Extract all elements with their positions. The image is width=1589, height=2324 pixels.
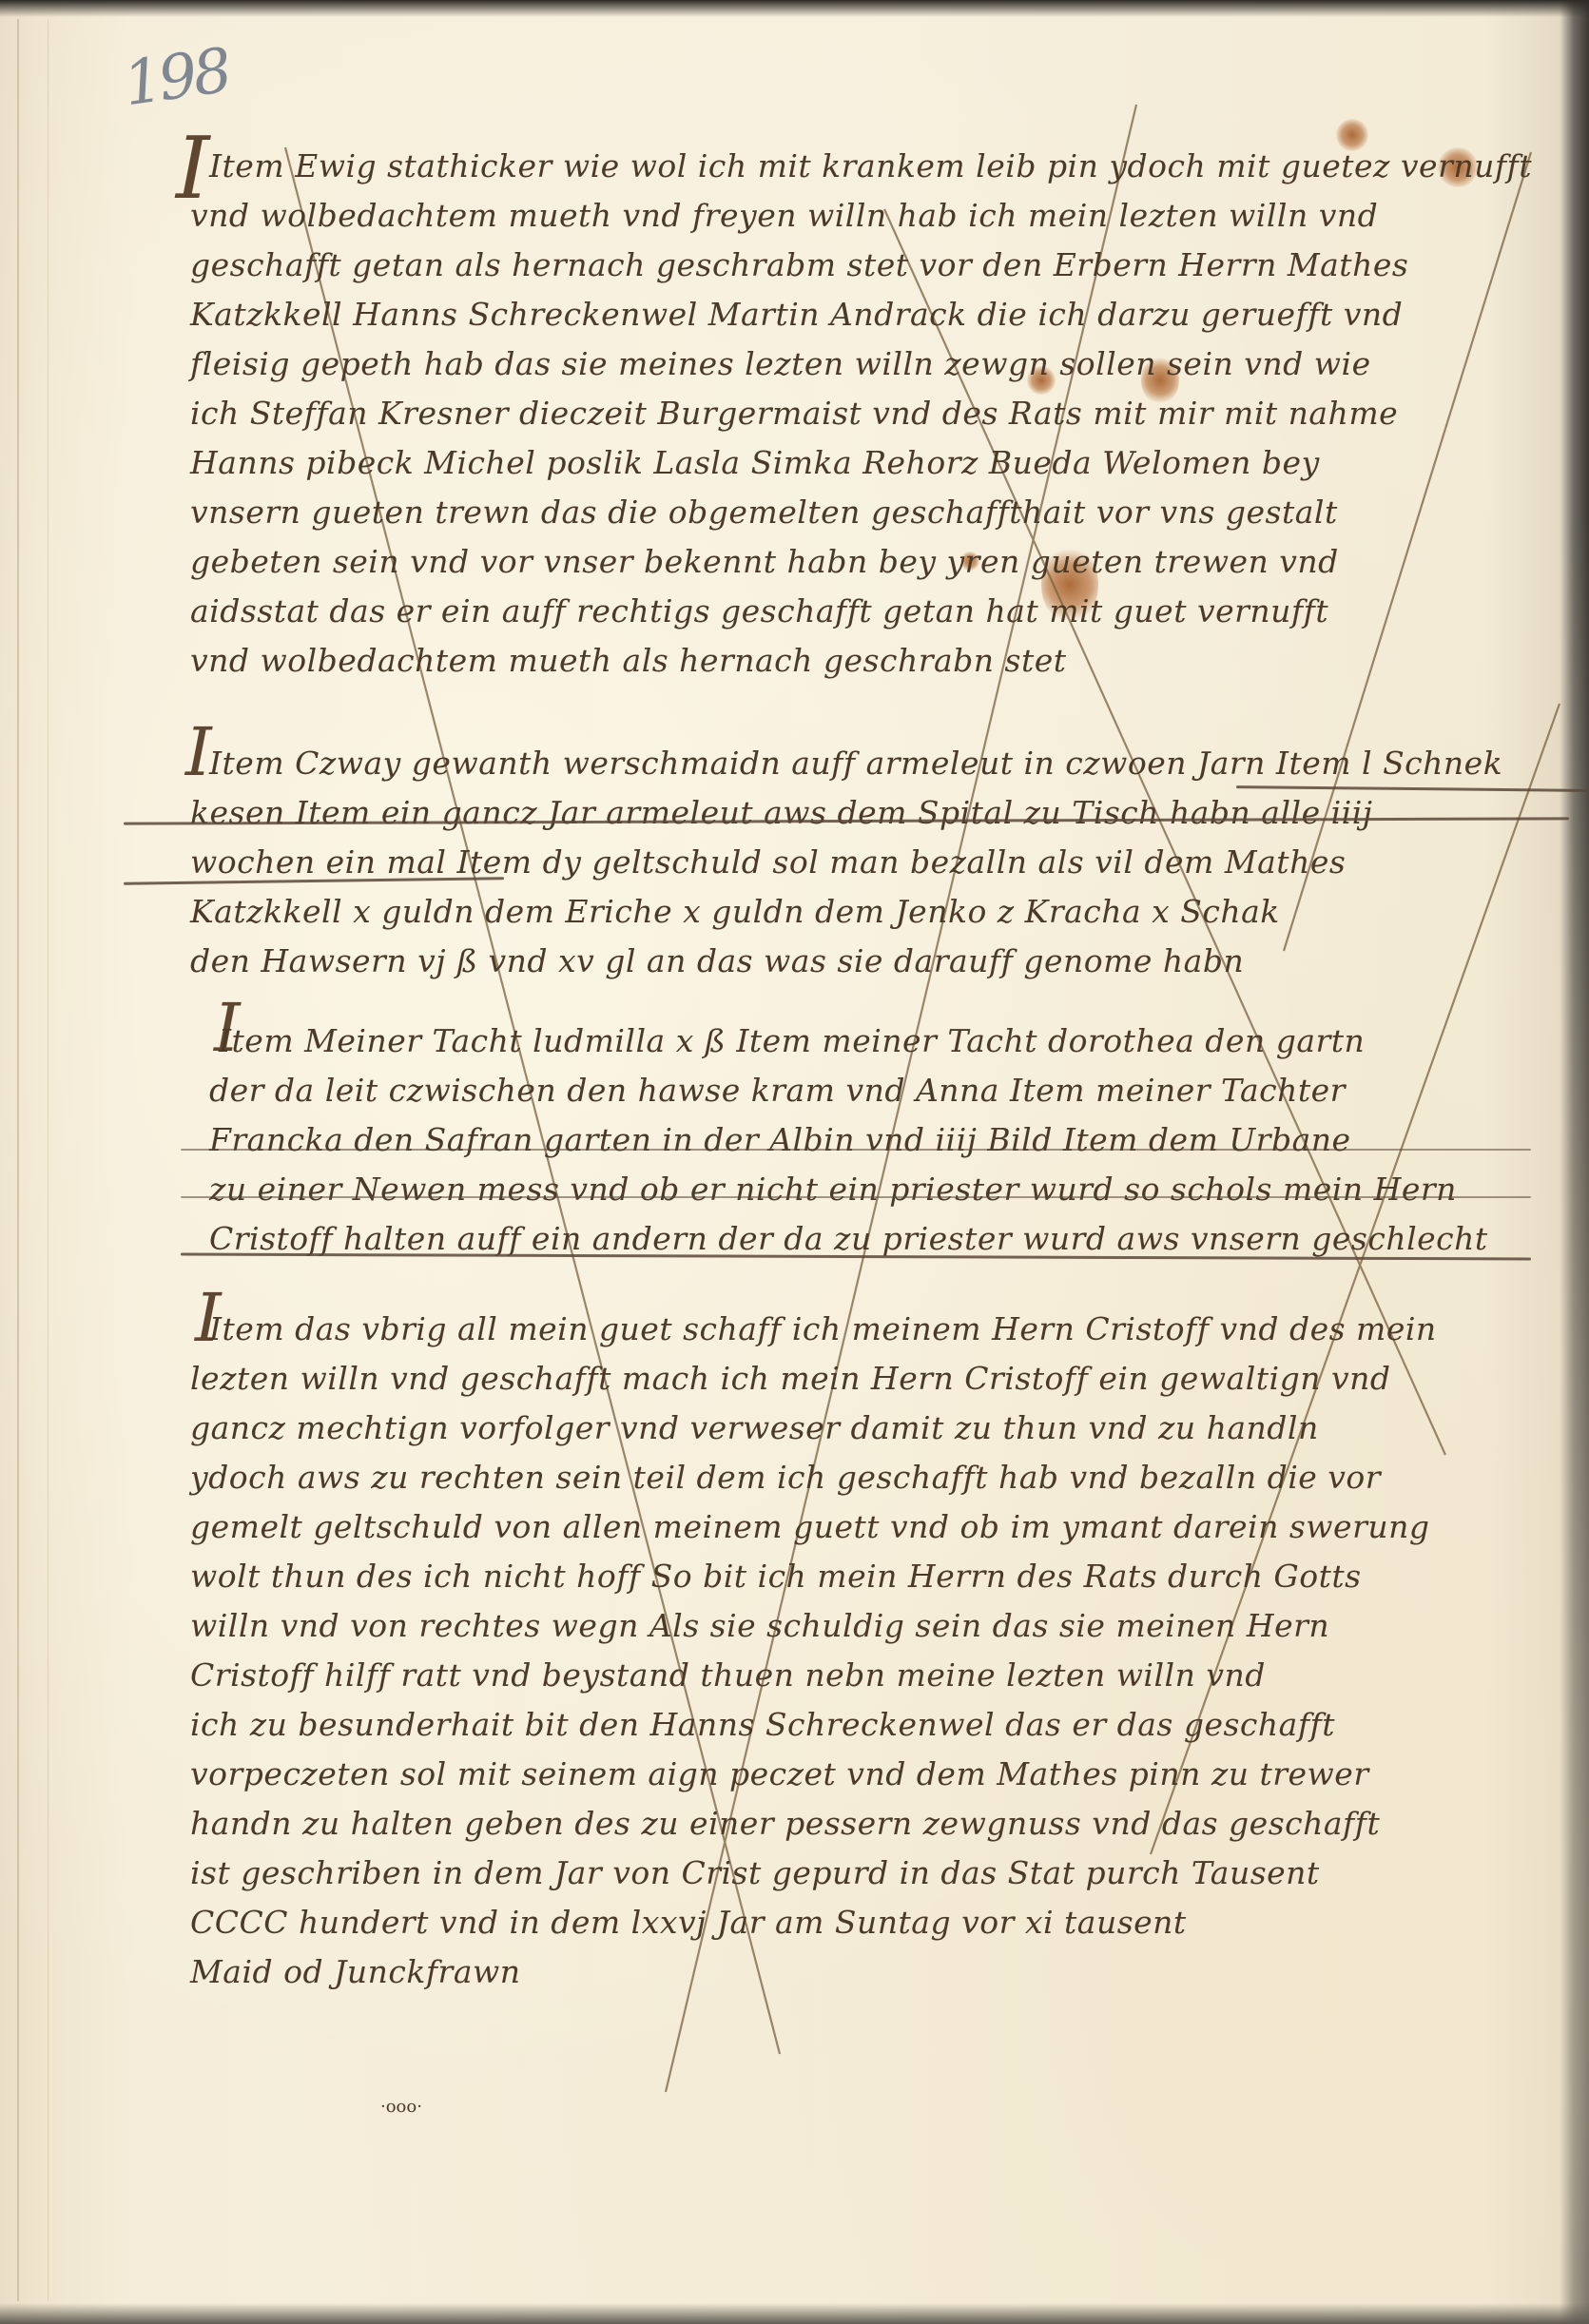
- folio-number: 198: [119, 36, 232, 121]
- text-line: zu einer Newen mess vnd ob er nicht ein …: [209, 1171, 1457, 1208]
- text-line: ydoch aws zu rechten sein teil dem ich g…: [190, 1459, 1381, 1496]
- text-line: gebeten sein vnd vor vnser bekennt habn …: [190, 543, 1339, 580]
- underline-rule: [181, 1149, 1531, 1151]
- text-line: Cristoff hilff ratt vnd beystand thuen n…: [190, 1656, 1266, 1694]
- text-line: handn zu halten geben des zu einer pesse…: [190, 1805, 1380, 1842]
- text-line: den Hawsern vj ß vnd xv gl an das was si…: [190, 942, 1244, 979]
- text-line: vnd wolbedachtem mueth vnd freyen willn …: [190, 197, 1378, 234]
- left-page-fold: [17, 19, 48, 2301]
- top-binding-shadow: [0, 0, 1589, 17]
- text-line: fleisig gepeth hab das sie meines lezten…: [190, 345, 1371, 382]
- text-line: Item Meiner Tacht ludmilla x ß Item mein…: [219, 1022, 1365, 1059]
- text-line: Item Ewig stathicker wie wol ich mit kra…: [209, 147, 1532, 184]
- text-line: ich zu besunderhait bit den Hanns Schrec…: [190, 1706, 1335, 1743]
- text-line: der da leit czwischen den hawse kram vnd…: [209, 1072, 1346, 1109]
- text-line: wochen ein mal Item dy geltschuld sol ma…: [190, 843, 1346, 881]
- initial-letter: I: [185, 713, 212, 791]
- bottom-mark: ·ooo·: [380, 2097, 422, 2117]
- text-line: geschafft getan als hernach geschrabm st…: [190, 246, 1408, 283]
- text-line: ich Steffan Kresner dieczeit Burgermaist…: [190, 395, 1398, 432]
- text-line: willn vnd von rechtes wegn Als sie schul…: [190, 1607, 1329, 1644]
- text-line: CCCC hundert vnd in dem lxxvj Jar am Sun…: [190, 1904, 1187, 1941]
- text-line: Hanns pibeck Michel poslik Lasla Simka R…: [190, 444, 1320, 481]
- text-line: Item das vbrig all mein guet schaff ich …: [209, 1310, 1437, 1347]
- text-line: Cristoff halten auff ein andern der da z…: [209, 1220, 1488, 1257]
- text-line: Item Czway gewanth werschmaidn auff arme…: [209, 745, 1502, 782]
- text-line: Katzkkell Hanns Schreckenwel Martin Andr…: [190, 296, 1403, 333]
- text-line: vnsern gueten trewn das die obgemelten g…: [190, 494, 1338, 531]
- text-line: Maid od Junckfrawn: [190, 1953, 521, 1990]
- text-line: vnd wolbedachtem mueth als hernach gesch…: [190, 642, 1067, 679]
- manuscript-page: 198 I Item Ewig stathicker wie wol ich m…: [0, 0, 1589, 2324]
- text-line: aidsstat das er ein auff rechtigs gescha…: [190, 592, 1328, 629]
- text-line: Francka den Safran garten in der Albin v…: [209, 1121, 1351, 1158]
- text-line: gancz mechtign vorfolger vnd verweser da…: [190, 1409, 1319, 1446]
- text-line: Katzkkell x guldn dem Eriche x guldn dem…: [190, 893, 1280, 930]
- text-line: wolt thun des ich nicht hoff So bit ich …: [190, 1558, 1362, 1595]
- bottom-edge-shadow: [0, 2303, 1589, 2324]
- text-line: ist geschriben in dem Jar von Crist gepu…: [190, 1854, 1320, 1891]
- text-line: gemelt geltschuld von allen meinem guett…: [190, 1508, 1429, 1545]
- ink-stain: [1336, 119, 1368, 151]
- text-line: vorpeczeten sol mit seinem aign peczet v…: [190, 1755, 1369, 1792]
- text-line: lezten willn vnd geschafft mach ich mein…: [190, 1360, 1390, 1397]
- underline-rule: [181, 1196, 1531, 1198]
- text-line: kesen Item ein gancz Jar armeleut aws de…: [190, 794, 1373, 831]
- underline-rule: [1236, 785, 1588, 792]
